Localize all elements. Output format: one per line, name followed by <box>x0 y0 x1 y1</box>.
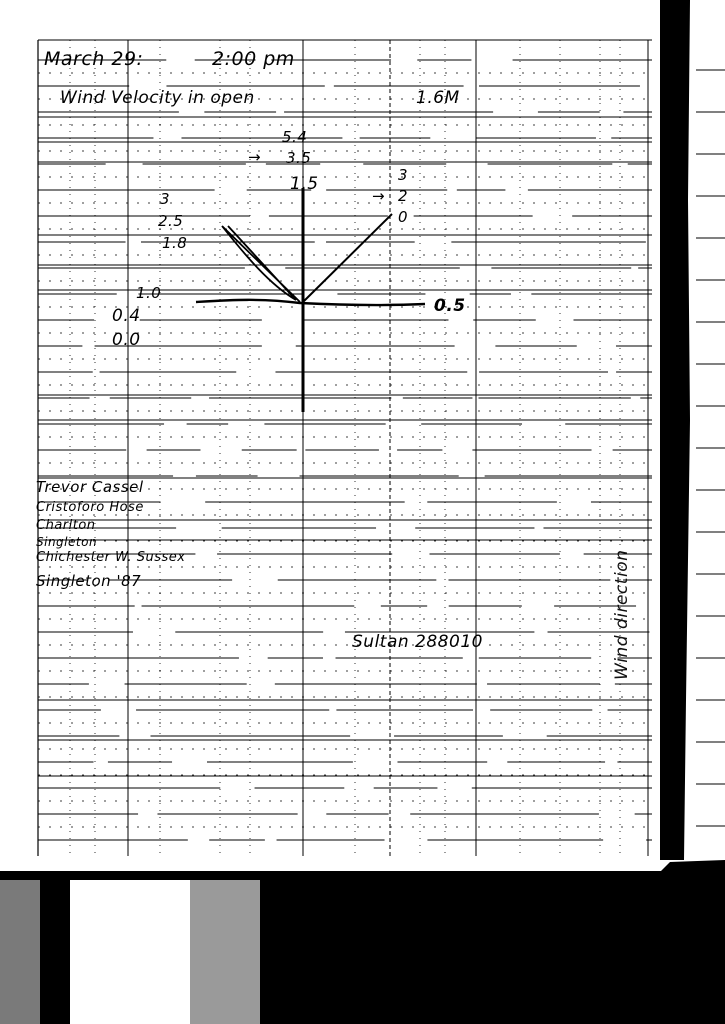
top-label-3: 1.5 <box>290 174 319 194</box>
margin-note: Wind direction <box>612 550 632 680</box>
right-label-2: 2 <box>398 187 408 205</box>
location-item: Chichester W. Sussex <box>36 550 185 565</box>
top-label-2: 3.5 <box>286 149 311 167</box>
location-item: Singleton <box>36 535 97 549</box>
left-label-upper-2: 2.5 <box>158 212 183 230</box>
arrow-icon: → <box>248 148 261 166</box>
date-label: March 29: <box>44 48 143 70</box>
location-item: Cristoforo Hose <box>36 500 144 515</box>
left-label-lower-2: 0.4 <box>112 306 141 326</box>
location-item: Charlton <box>36 518 96 533</box>
left-label-lower-1: 1.0 <box>136 284 161 302</box>
reference-code: Sultan 288010 <box>352 632 483 652</box>
right-label-3: 0 <box>398 208 408 226</box>
wind-velocity-value: 1.6M <box>416 88 460 108</box>
left-label-upper-1: 3 <box>160 190 170 208</box>
time-label: 2:00 pm <box>212 48 295 70</box>
right-label-1: 3 <box>398 166 408 184</box>
arrow-icon: → <box>372 187 385 205</box>
left-label-upper-3: 1.8 <box>162 234 187 252</box>
wind-vector-diagram <box>196 188 425 412</box>
right-axis-label: 0.5 <box>434 296 466 316</box>
location-item: Trevor Cassel <box>36 478 144 496</box>
left-label-lower-3: 0.0 <box>112 330 141 350</box>
graph-paper-grid <box>38 40 652 856</box>
location-item: Singleton '87 <box>36 572 141 590</box>
top-label-1: 5.4 <box>282 128 307 146</box>
wind-velocity-label: Wind Velocity in open <box>60 88 255 108</box>
